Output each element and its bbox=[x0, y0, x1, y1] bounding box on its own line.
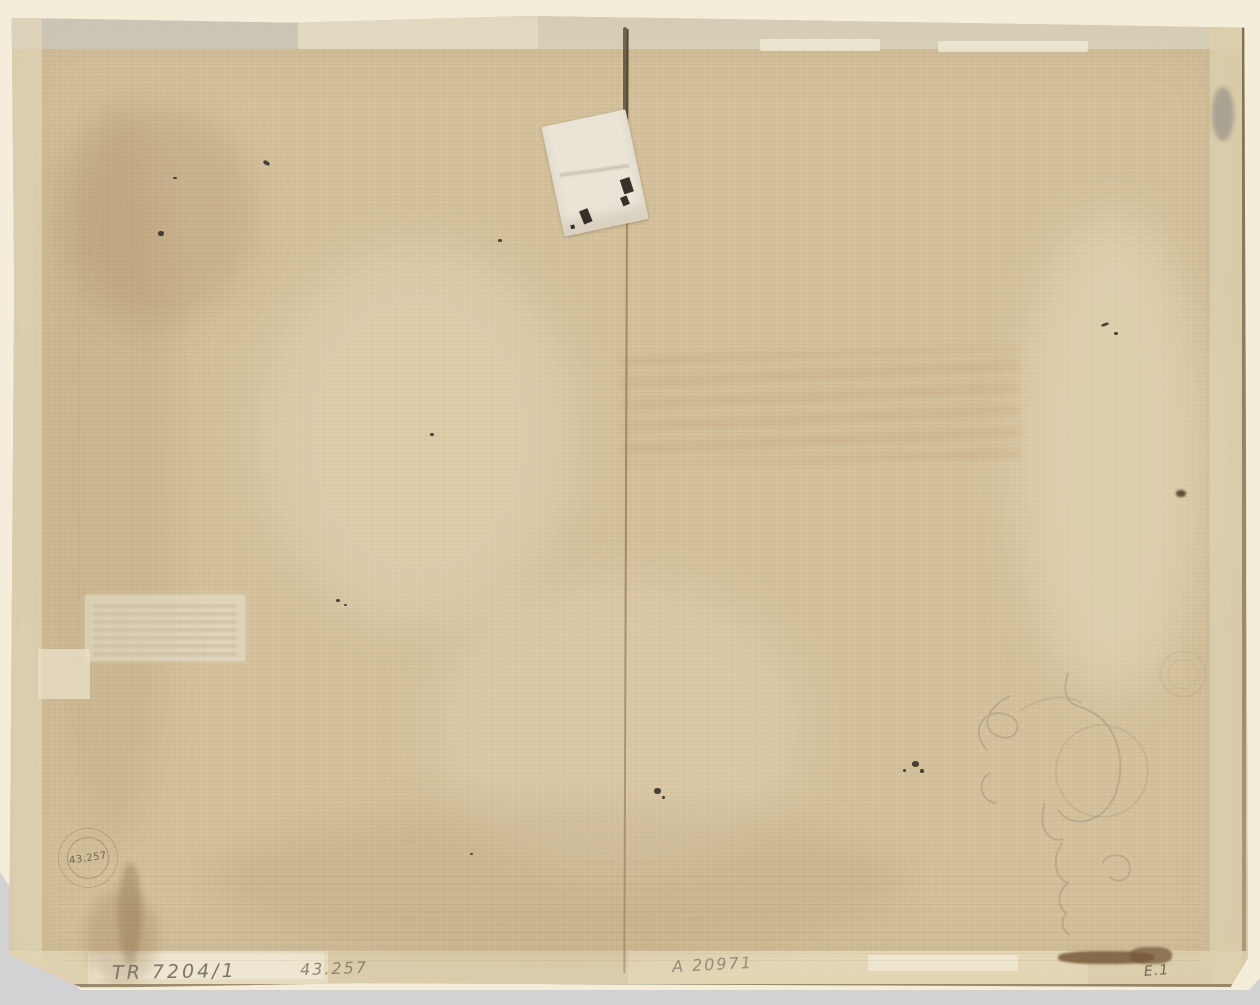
ink-speck bbox=[158, 231, 164, 236]
ink-speck bbox=[920, 769, 924, 773]
inscription-mark-e1: E.1 bbox=[1143, 962, 1169, 980]
drawing-verso-sheet: 43.257 bbox=[8, 14, 1248, 989]
label-scrap bbox=[541, 109, 648, 236]
ink-speck bbox=[903, 769, 906, 772]
ink-speck bbox=[262, 160, 270, 167]
dark-patch bbox=[58, 105, 258, 325]
label-print-mark bbox=[579, 208, 593, 224]
ink-speck bbox=[912, 761, 919, 767]
label-crease bbox=[560, 164, 630, 177]
ink-speck bbox=[662, 796, 665, 799]
ink-speck bbox=[430, 433, 434, 436]
ink-speck bbox=[344, 604, 347, 606]
light-patch bbox=[1018, 215, 1208, 695]
light-patch bbox=[258, 245, 578, 625]
tape-strip-left bbox=[8, 15, 42, 989]
tape-tab bbox=[38, 649, 90, 699]
ink-speck bbox=[1114, 332, 1118, 335]
stamp-accession-number: 43.257 bbox=[68, 850, 107, 866]
ink-speck bbox=[654, 788, 661, 794]
label-print-mark bbox=[570, 224, 575, 229]
pencil-doodle bbox=[950, 651, 1180, 941]
inscription-tr-number: TR 7204/1 bbox=[112, 960, 237, 984]
ink-speck bbox=[470, 853, 473, 855]
tape-chip bbox=[938, 41, 1088, 52]
gray-smudge bbox=[1212, 87, 1234, 141]
tape-chip bbox=[760, 39, 880, 51]
scan-canvas: 43.257 bbox=[0, 0, 1260, 1005]
ink-speck bbox=[173, 177, 177, 179]
ink-speck bbox=[498, 239, 502, 242]
collection-stamp-inner-ring: 43.257 bbox=[64, 834, 111, 881]
label-print-mark bbox=[620, 195, 630, 206]
label-print-mark bbox=[620, 177, 634, 194]
inscription-accession-number: 43.257 bbox=[300, 958, 369, 979]
label-remnant-ghost-text bbox=[85, 595, 245, 661]
offset-stain-streaks bbox=[619, 346, 1022, 468]
rust-spot bbox=[1176, 490, 1186, 497]
ink-speck bbox=[336, 599, 340, 602]
